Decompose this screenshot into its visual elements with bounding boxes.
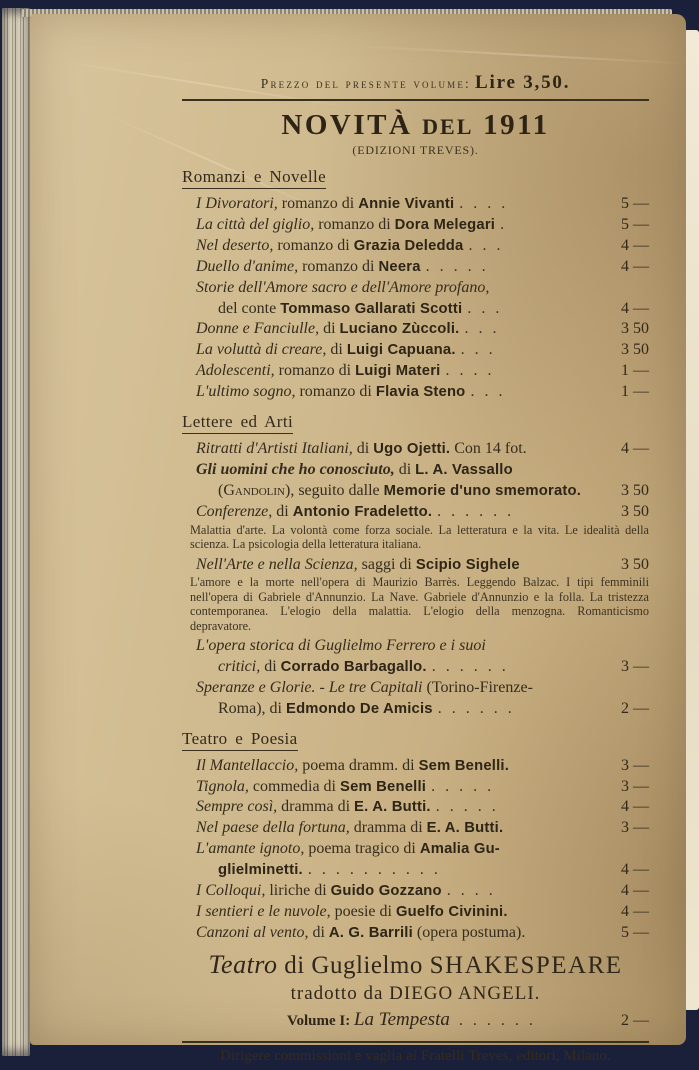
item-text: Storie dell'Amore sacro e dell'Amore pro… [196, 279, 489, 296]
volume-line: Volume I: La Tempesta . . . . . . 2 — [287, 1009, 649, 1032]
publisher-footer: Dirigere commissioni e vaglia ai Fratell… [182, 1041, 649, 1065]
shakespeare-title: Teatro di Guglielmo SHAKESPEARE [182, 950, 649, 980]
author-name: Memorie d'uno smemorato. [384, 483, 581, 499]
page-content: Prezzo del presente volume: Lire 3,50. N… [182, 72, 649, 1065]
shakespeare-translator: tradotto da DIEGO ANGELI. [182, 982, 649, 1006]
item-text: I Colloqui, [196, 882, 265, 899]
catalog-item: La voluttà di creare, di Luigi Capuana..… [196, 340, 649, 361]
dot-leader: . . . [456, 341, 493, 358]
price: 3 50 [621, 340, 649, 361]
price: 3 50 [621, 555, 649, 576]
masthead-label: Prezzo del presente volume: [261, 76, 471, 91]
catalog-item: Duello d'anime, romanzo di Neera. . . . … [196, 257, 649, 278]
author-name: L. A. Vassallo [415, 462, 513, 478]
title-main: NOVITÀ [281, 109, 412, 141]
dot-leader: . . . [462, 300, 499, 317]
item-text: Teatro [208, 950, 277, 979]
catalog-item: La città del giglio, romanzo di Dora Mel… [196, 215, 649, 236]
author-name: Sem Benelli [340, 779, 426, 795]
catalog-item: Tignola, commedia di Sem Benelli. . . . … [196, 777, 649, 798]
item-text: romanzo di [275, 362, 355, 379]
dot-leader: . . . . [441, 362, 492, 379]
title-mid: DEL [422, 114, 473, 139]
item-text: (Gandolin), [218, 482, 294, 499]
catalog-item: I sentieri e le nuvole, poesie di Guelfo… [196, 902, 649, 923]
catalog-item: Gli uomini che ho conosciuto, di L. A. V… [196, 460, 649, 502]
item-text: poema tragico di [304, 840, 420, 857]
dot-leader: . . . . . [426, 778, 491, 795]
author-name: Guelfo Civinini. [396, 904, 508, 920]
item-text: Ritratti d'Artisti Italiani, [196, 440, 353, 457]
catalog-page: Prezzo del presente volume: Lire 3,50. N… [30, 14, 686, 1045]
item-text: Sempre così, [196, 798, 277, 815]
author-name: Flavia Steno [376, 384, 466, 400]
item-text: Roma), di [218, 700, 286, 717]
price: 5 — [621, 923, 649, 944]
dot-leader: . . . [465, 383, 502, 400]
catalog-item: Conferenze, di Antonio Fradeletto.. . . … [196, 502, 649, 523]
author-name: Edmondo De Amicis [286, 701, 433, 717]
item-note: L'amore e la morte nell'opera di Maurizi… [190, 575, 649, 633]
author-name: Luigi Capuana. [347, 342, 456, 358]
item-text: (Torino-Firenze- [423, 679, 533, 696]
price-masthead: Prezzo del presente volume: Lire 3,50. [182, 72, 649, 101]
item-text: romanzo di [273, 237, 353, 254]
section: Teatro e PoesiaIl Mantellaccio, poema dr… [182, 720, 649, 944]
back-cover-edge [684, 30, 699, 1010]
price: 4 — [621, 902, 649, 923]
masthead-price: Lire 3,50. [475, 72, 570, 93]
author-name: Sem Benelli. [419, 758, 509, 774]
catalog-item: Ritratti d'Artisti Italiani, di Ugo Ojet… [196, 439, 649, 460]
item-text: L'ultimo sogno, [196, 383, 295, 400]
item-text: di [353, 440, 373, 457]
dot-leader: . . . . [442, 882, 493, 899]
dot-leader: . [495, 216, 504, 233]
volume-label: Volume I: [287, 1013, 354, 1029]
item-text: Nel paese della fortuna, [196, 819, 350, 836]
paper-crease [360, 45, 690, 64]
section-heading: Romanzi e Novelle [182, 167, 326, 189]
price: 4 — [621, 257, 649, 278]
item-text: Nel deserto, [196, 237, 273, 254]
price: 3 — [621, 818, 649, 839]
price: 1 — [621, 361, 649, 382]
author-name: Annie Vivanti [358, 196, 454, 212]
item-text: La voluttà di creare, [196, 341, 326, 358]
catalog-item: L'ultimo sogno, romanzo di Flavia Steno.… [196, 382, 649, 403]
price: 4 — [621, 439, 649, 460]
item-text: I sentieri e le nuvole, [196, 903, 331, 920]
author-name: Dora Melegari [395, 217, 495, 233]
item-text: dramma di [350, 819, 427, 836]
price: 3 50 [621, 502, 649, 523]
price: 2 — [621, 1010, 649, 1032]
dot-leader: . . . . [454, 195, 505, 212]
page-title: NOVITÀ DEL 1911 [182, 110, 649, 142]
book-page-edges [2, 8, 30, 1056]
catalog-item: Nel deserto, romanzo di Grazia Deledda. … [196, 236, 649, 257]
item-text: liriche di [265, 882, 330, 899]
dot-leader: . . . . . . [454, 1012, 533, 1029]
item-text: di Guglielmo [277, 952, 429, 979]
catalog-item: I Divoratori, romanzo di Annie Vivanti. … [196, 194, 649, 215]
item-text: commedia di [249, 778, 340, 795]
author-name: Scipio Sighele [416, 557, 520, 573]
volume-title: La Tempesta [354, 1009, 450, 1030]
item-text: romanzo di [295, 383, 375, 400]
item-text: del conte [218, 300, 280, 317]
author-name: Corrado Barbagallo. [281, 659, 427, 675]
catalog-item: Il Mantellaccio, poema dramm. di Sem Ben… [196, 756, 649, 777]
author-name: Amalia Gu- [420, 841, 500, 857]
price: 4 — [621, 860, 649, 881]
item-text: L'amante ignoto, [196, 840, 304, 857]
item-text: Adolescenti, [196, 362, 275, 379]
price: 5 — [621, 194, 649, 215]
item-text: dramma di [277, 798, 354, 815]
catalog-item: I Colloqui, liriche di Guido Gozzano. . … [196, 881, 649, 902]
dot-leader: . . . . . . [432, 503, 511, 520]
catalog-item: Nell'Arte e nella Scienza, saggi di Scip… [196, 555, 649, 576]
item-text: I Divoratori, [196, 195, 278, 212]
item-text: Il Mantellaccio, [196, 757, 298, 774]
item-text: di [395, 461, 415, 478]
item-text: di [326, 341, 346, 358]
item-text: romanzo di [278, 195, 358, 212]
item-text: romanzo di [298, 258, 378, 275]
author-name: Guido Gozzano [331, 883, 442, 899]
item-text: Duello d'anime, [196, 258, 298, 275]
dot-leader: . . . . . . [427, 658, 506, 675]
item-text: critici, [218, 658, 260, 675]
item-text: Tignola, [196, 778, 249, 795]
section: Romanzi e NovelleI Divoratori, romanzo d… [182, 158, 649, 403]
author-name: Luciano Zùccoli. [340, 321, 460, 337]
catalog-item: Speranze e Glorie. - Le tre Capitali (To… [196, 678, 649, 720]
author-name: glielminetti. [218, 862, 303, 878]
author-name: Tommaso Gallarati Scotti [280, 301, 462, 317]
item-text: SHAKESPEARE [430, 952, 623, 979]
item-text: Con 14 fot. [450, 440, 526, 457]
item-text: Speranze e Glorie. - Le tre Capitali [196, 679, 423, 696]
author-name: Grazia Deledda [354, 238, 464, 254]
price: 3 — [621, 657, 649, 678]
author-name: Neera [379, 259, 421, 275]
item-text: di [308, 924, 328, 941]
price: 3 50 [621, 481, 649, 502]
item-text: seguito dalle [294, 482, 383, 499]
shakespeare-block: Teatro di Guglielmo SHAKESPEARE tradotto… [182, 950, 649, 1032]
title-year: 1911 [483, 109, 549, 141]
item-text: romanzo di [314, 216, 394, 233]
sections: Romanzi e NovelleI Divoratori, romanzo d… [182, 158, 649, 944]
item-text: Conferenze, [196, 503, 272, 520]
item-text: di [260, 658, 280, 675]
author-name: Luigi Materi [355, 363, 440, 379]
price: 4 — [621, 881, 649, 902]
author-name: Antonio Fradeletto. [293, 504, 432, 520]
author-name: A. G. Barrili [329, 925, 413, 941]
price: 4 — [621, 236, 649, 257]
dot-leader: . . . . . [431, 798, 496, 815]
catalog-item: Canzoni al vento, di A. G. Barrili (oper… [196, 923, 649, 944]
item-text: saggi di [358, 556, 416, 573]
dot-leader: . . . . . [421, 258, 486, 275]
price: 1 — [621, 382, 649, 403]
item-note: Malattia d'arte. La volontà come forza s… [190, 523, 649, 552]
item-text: La città del giglio, [196, 216, 314, 233]
dot-leader: . . . . . . . . . . [303, 861, 438, 878]
section-heading: Teatro e Poesia [182, 729, 298, 751]
price: 4 — [621, 797, 649, 818]
dot-leader: . . . [463, 237, 500, 254]
price: 3 — [621, 756, 649, 777]
item-text: Donne e Fanciulle, [196, 320, 319, 337]
section: Lettere ed ArtiRitratti d'Artisti Italia… [182, 403, 649, 720]
item-text: L'opera storica di Guglielmo Ferrero e i… [196, 637, 486, 654]
catalog-item: Sempre così, dramma di E. A. Butti.. . .… [196, 797, 649, 818]
catalog-item: Nel paese della fortuna, dramma di E. A.… [196, 818, 649, 839]
author-name: E. A. Butti. [427, 820, 504, 836]
item-text: poesie di [331, 903, 396, 920]
item-text: di [319, 320, 339, 337]
item-text: poema dramm. di [298, 757, 418, 774]
catalog-item: Donne e Fanciulle, di Luciano Zùccoli.. … [196, 319, 649, 340]
price: 5 — [621, 215, 649, 236]
catalog-item: Storie dell'Amore sacro e dell'Amore pro… [196, 278, 649, 320]
item-text: Nell'Arte e nella Scienza, [196, 556, 358, 573]
item-text: (opera postuma). [413, 924, 525, 941]
section-heading: Lettere ed Arti [182, 412, 293, 434]
item-text: Canzoni al vento, [196, 924, 308, 941]
dot-leader: . . . . . . [433, 700, 512, 717]
author-name: Ugo Ojetti. [373, 441, 450, 457]
author-name: E. A. Butti. [354, 799, 431, 815]
item-text: di [272, 503, 292, 520]
catalog-item: L'opera storica di Guglielmo Ferrero e i… [196, 636, 649, 678]
price: 4 — [621, 299, 649, 320]
catalog-item: Adolescenti, romanzo di Luigi Materi. . … [196, 361, 649, 382]
item-text: Gli uomini che ho conosciuto, [196, 461, 395, 478]
scanned-book-page: { "masthead": { "label": "Prezzo del pre… [0, 0, 699, 1070]
price: 3 50 [621, 319, 649, 340]
catalog-item: L'amante ignoto, poema tragico di Amalia… [196, 839, 649, 881]
page-subtitle: (EDIZIONI TREVES). [182, 143, 649, 158]
dot-leader: . . . [459, 320, 496, 337]
price: 2 — [621, 699, 649, 720]
price: 3 — [621, 777, 649, 798]
